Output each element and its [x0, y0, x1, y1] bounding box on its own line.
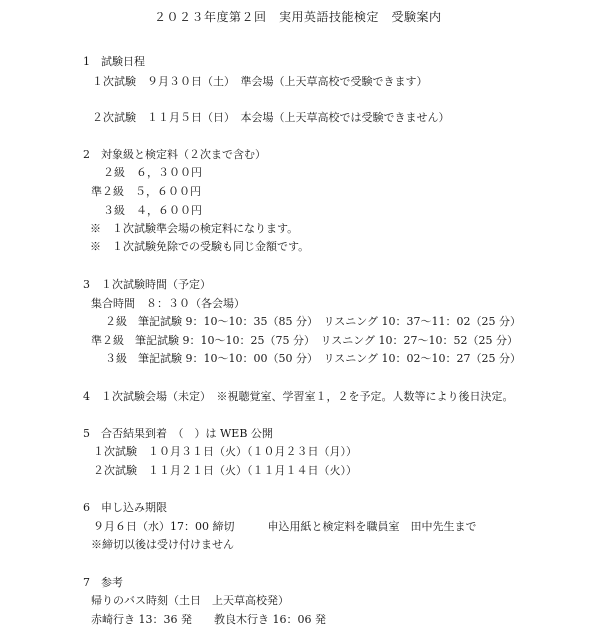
section-2-line-2: 準２級 ５，６００円 — [91, 185, 201, 199]
section-1-line-1: １次試験 ９月３０日（土） 準会場（上天草高校で受験できます） — [92, 75, 428, 89]
section-1-line-2: ２次試験 １１月５日（日） 本会場（上天草高校では受験できません） — [92, 111, 450, 125]
document-title: ２０２３年度第２回 実用英語技能検定 受験案内 — [154, 10, 442, 24]
section-5-line-2: ２次試験 １１月２１日（火）（１１月１４日（火）） — [93, 464, 357, 478]
section-3-heading: 3 １次試験時間（予定） — [83, 278, 211, 292]
section-2-line-3: ３級 ４，６００円 — [103, 204, 202, 218]
section-7-heading: 7 参考 — [83, 576, 123, 590]
section-3-line-1: 集合時間 ８：３０（各会場） — [91, 297, 245, 311]
section-6-heading: 6 申し込み期限 — [83, 501, 167, 515]
section-5-heading: 5 合否結果到着 （ ）は WEB 公開 — [83, 427, 273, 441]
section-4-heading: 4 １次試験会場（未定） ※視聴覚室、学習室１，２を予定。人数等により後日決定。 — [83, 390, 514, 404]
section-2-note-1: ※ １次試験準会場の検定料になります。 — [90, 222, 298, 236]
section-6-note: ※締切以後は受け付けません — [91, 538, 234, 552]
section-3-line-3: 準２級 筆記試験 9：10～10：25（75 分） リスニング 10：27～10… — [91, 334, 518, 348]
section-3-line-4: ３級 筆記試験 9：10～10：00（50 分） リスニング 10：02～10：… — [105, 352, 521, 366]
section-5-line-1: １次試験 １０月３１日（火）（１０月２３日（月）） — [93, 445, 357, 459]
section-3-line-2: ２級 筆記試験 9：10～10：35（85 分） リスニング 10：37～11：… — [105, 315, 521, 329]
section-7-line-1: 帰りのバス時刻（土日 上天草高校発） — [91, 594, 289, 608]
section-1-heading: 1 試験日程 — [83, 55, 145, 69]
section-7-line-2: 赤崎行き 13：36 発 教良木行き 16：06 発 — [91, 613, 326, 627]
section-6-line-1: ９月６日（水）17：00 締切 申込用紙と検定料を職員室 田中先生まで — [93, 520, 477, 534]
section-2-line-1: ２級 ６，３００円 — [103, 166, 202, 180]
section-2-heading: 2 対象級と検定料（２次まで含む） — [83, 148, 266, 162]
section-2-note-2: ※ １次試験免除での受験も同じ金額です。 — [90, 240, 309, 254]
